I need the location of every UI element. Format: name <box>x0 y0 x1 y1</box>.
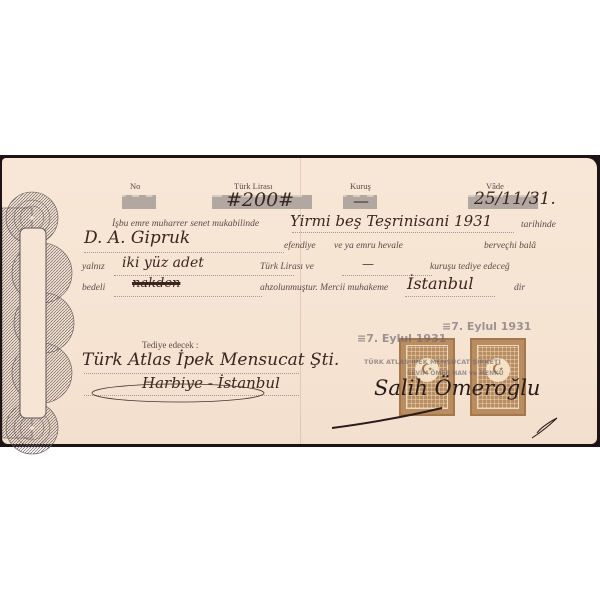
dotted-line <box>114 295 262 297</box>
field-no[interactable] <box>122 195 156 209</box>
text-line1-suffix: tarihinde <box>521 220 556 230</box>
due-date-value: 25/11/31. <box>474 189 556 209</box>
label-kurus: Kuruş <box>350 181 371 191</box>
amount-words: iki yüz adet <box>122 255 204 271</box>
cancel-date-stamp: ≡7. Eylul 1931 <box>442 320 531 333</box>
field-amount[interactable]: #200# <box>212 195 312 209</box>
text-efendi: efendiye <box>284 241 316 251</box>
guilloche-ornament-icon <box>2 188 80 458</box>
amount-value: #200# <box>226 189 294 211</box>
dotted-line <box>84 251 284 253</box>
cancel-company-stamp: TÜRK ATLAS İPEK MENSUCAT ŞİRKETİ <box>364 358 501 366</box>
kurus-words: — <box>362 257 374 271</box>
text-bedeli: bedeli <box>82 283 105 293</box>
payee-name: D. A. Gipruk <box>84 228 190 248</box>
label-no: No <box>130 181 140 191</box>
signature-flourish-icon <box>332 388 572 448</box>
text-line2-end: berveçhi balâ <box>484 241 536 251</box>
text-line2: ve ya emru hevale <box>334 241 403 251</box>
kurus-value: — <box>353 191 369 210</box>
field-kurus[interactable]: — <box>343 195 377 209</box>
dotted-line <box>405 295 495 297</box>
payer-company: Türk Atlas İpek Mensucat Şti. <box>82 350 339 370</box>
label-tediye-edecek: Tediye edecek : <box>142 340 198 350</box>
cancel-date-stamp: ≡7. Eylul 1931 <box>357 332 446 345</box>
text-line3-mid: Türk Lirası ve <box>260 262 314 272</box>
note-paper: No Türk Lirası Kuruş Vâde #200# — 25/11/… <box>2 158 597 444</box>
text-line3-end: kuruşu tediye edeceğ <box>430 262 510 272</box>
flourish-icon <box>88 380 268 406</box>
date-words: Yirmi beş Teşrinisani 1931 <box>290 212 492 230</box>
bedeli-value: nakden <box>132 276 180 291</box>
field-due-date[interactable]: 25/11/31. <box>468 195 538 209</box>
promissory-note: No Türk Lirası Kuruş Vâde #200# — 25/11/… <box>0 155 600 447</box>
text-dir: dir <box>514 283 525 293</box>
court-city: İstanbul <box>407 274 473 293</box>
text-line4-mid: ahzolunmuştur. Mercii muhakeme <box>260 283 388 293</box>
dotted-line <box>292 231 514 233</box>
text-yalniz: yalnız <box>82 262 105 272</box>
